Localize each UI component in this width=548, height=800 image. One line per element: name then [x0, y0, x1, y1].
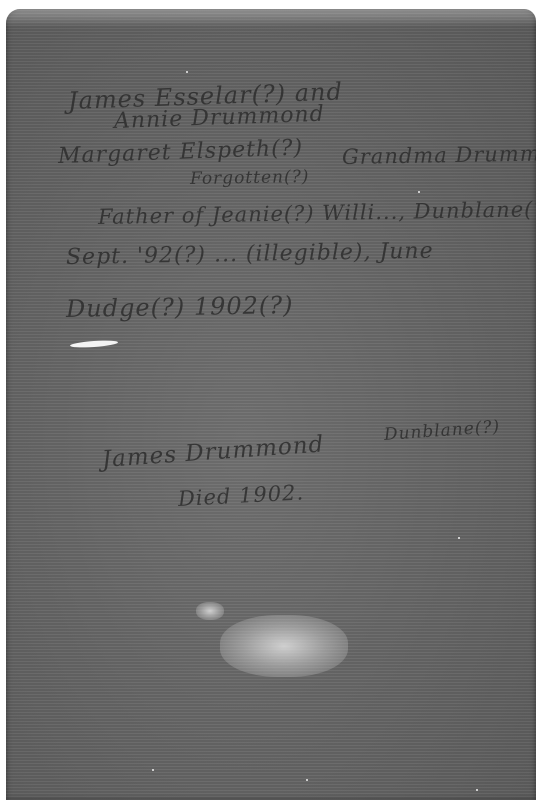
scan-page: James Esselar(?) and Annie Drummond Marg… — [0, 0, 548, 800]
tear-mark — [70, 339, 118, 348]
dust-speck — [306, 779, 308, 781]
handwriting-line-3: Margaret Elspeth(?) — [58, 135, 304, 169]
stain-small — [196, 602, 224, 620]
handwriting-line-7: Dudge(?) 1902(?) — [66, 291, 294, 323]
handwriting-line-5: Father of Jeanie(?) Willi..., Dunblane(?… — [98, 197, 536, 229]
handwriting-line-6: Sept. '92(?) ... (illegible), June — [66, 239, 434, 270]
dust-speck — [186, 71, 188, 73]
handwriting-line-8: James Drummond — [101, 431, 325, 472]
dust-speck — [418, 191, 420, 193]
handwriting-line-8-right: Dunblane(?) — [383, 417, 500, 445]
photo-card-back: James Esselar(?) and Annie Drummond Marg… — [6, 9, 536, 800]
stain-large — [220, 615, 348, 677]
handwriting-line-4: Forgotten(?) — [190, 167, 310, 189]
dust-speck — [458, 537, 460, 539]
handwriting-line-3-right: Grandma Drummond — [342, 141, 536, 169]
handwriting-line-9: Died 1902. — [177, 480, 304, 511]
dust-speck — [152, 769, 154, 771]
dust-speck — [476, 789, 478, 791]
